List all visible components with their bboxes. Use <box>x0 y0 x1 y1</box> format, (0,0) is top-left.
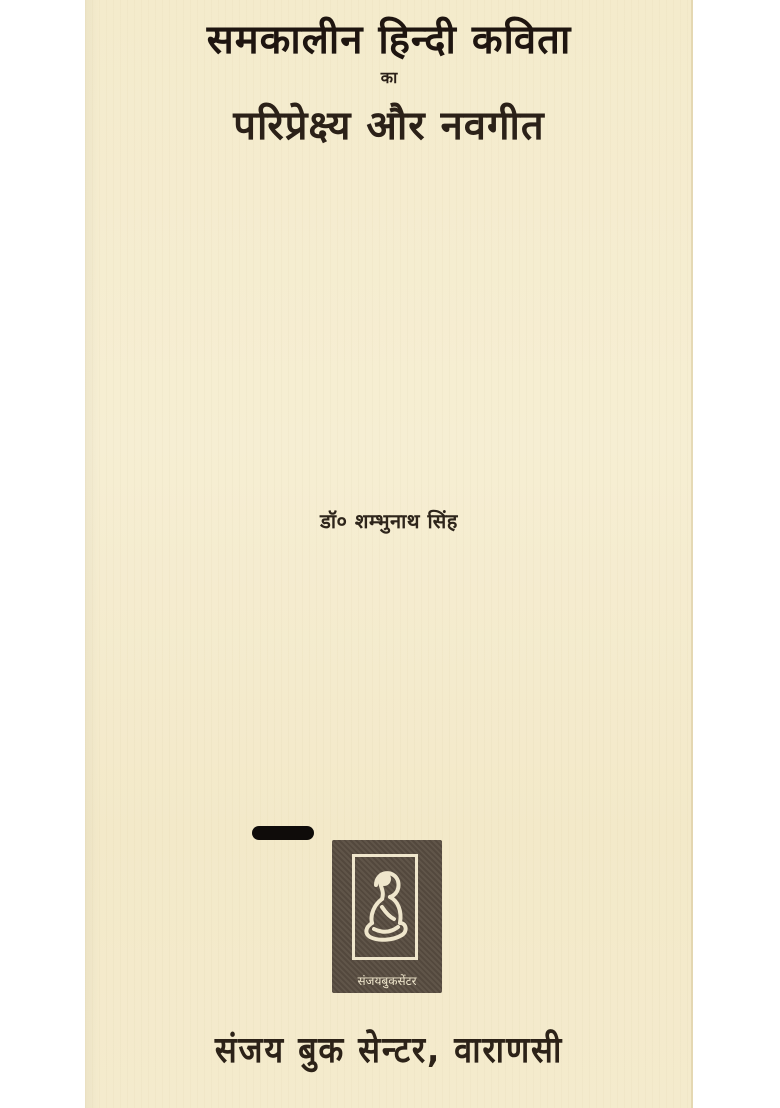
book-title-line-2: परिप्रेक्ष्य और नवगीत <box>85 96 693 151</box>
book-title-connector: का <box>85 66 693 88</box>
ink-mark <box>252 826 314 840</box>
seated-sage-icon <box>360 863 412 953</box>
publisher-line: संजय बुक सेन्टर, वाराणसी <box>115 1024 662 1073</box>
publisher-logo: संजयबुकसेंटर <box>332 840 442 993</box>
title-page: समकालीन हिन्दी कविता का परिप्रेक्ष्य और … <box>85 0 693 1108</box>
book-title-line-1: समकालीन हिन्दी कविता <box>85 10 693 65</box>
author-name: डॉ० शम्भुनाथ सिंह <box>85 507 693 534</box>
logo-frame <box>352 854 418 960</box>
logo-caption: संजयबुकसेंटर <box>332 972 442 989</box>
